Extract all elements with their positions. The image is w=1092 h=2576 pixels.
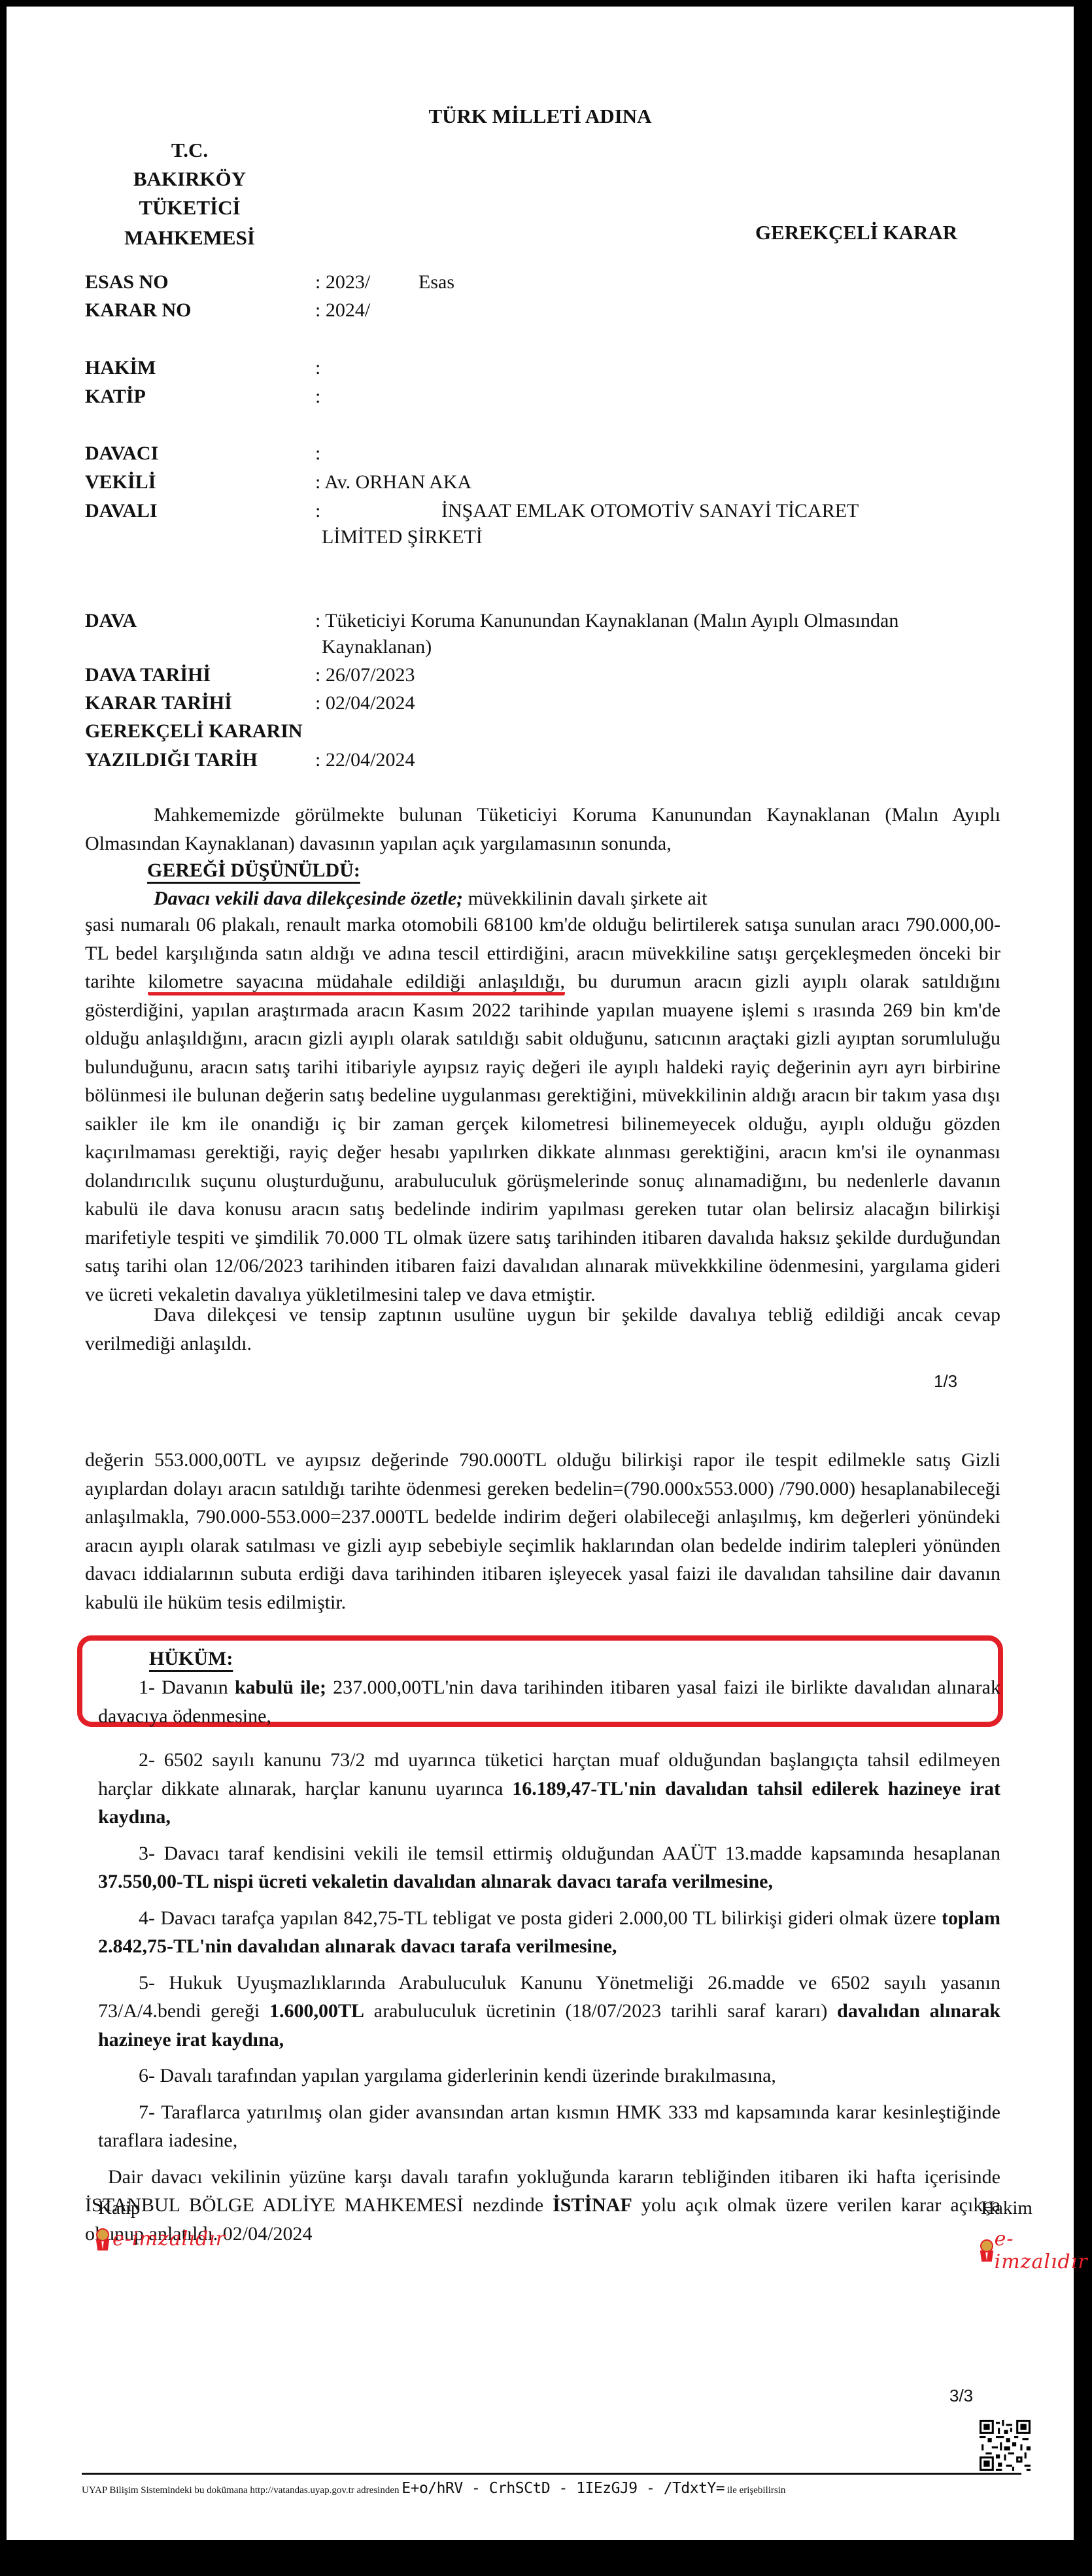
- document-page: TÜRK MİLLETİ ADINA T.C. BAKIRKÖY TÜKETİC…: [7, 7, 1074, 2540]
- footer-verification: UYAP Bilişim Sistemindeki bu dokümana ht…: [82, 2480, 785, 2497]
- esas-no-label: ESAS NO: [85, 269, 169, 295]
- dava-value-line1: : Tüketiciyi Koruma Kanunundan Kaynaklan…: [315, 608, 898, 634]
- verification-code: E+o/hRV - CrhSCtD - 1IEzGJ9 - /TdxtY=: [401, 2480, 725, 2497]
- court-line-tc: T.C.: [72, 135, 307, 165]
- davali-label: DAVALI: [85, 498, 158, 524]
- footer-suffix: ile erişebilirsin: [727, 2485, 786, 2496]
- dava-value-line2: Kaynaklanan): [322, 634, 432, 660]
- award-ribbon-icon: [980, 2239, 992, 2262]
- karar-no-value: : 2024/: [315, 297, 370, 324]
- davaci-label: DAVACI: [85, 441, 158, 467]
- claim-paragraph: şasi numaralı 06 plakalı, renault marka …: [85, 911, 1000, 1309]
- hukum-items: 1- Davanın kabulü ile; 237.000,00TL'nin …: [98, 1673, 1000, 2256]
- award-ribbon-icon: [95, 2228, 110, 2250]
- intro-paragraph: Mahkememizde görülmekte bulunan Tüketici…: [85, 801, 1000, 858]
- hakim-value: :: [315, 355, 320, 381]
- page-number-3: 3/3: [949, 2386, 973, 2406]
- claim-first-line: Davacı vekili dava dilekçesinde özetle; …: [154, 886, 707, 912]
- gerekceli-label-line2: YAZILDIĞI TARİH: [85, 747, 258, 773]
- hakim-esign: e-imzalıdır: [980, 2228, 1090, 2273]
- court-line-name: TÜKETİCİ MAHKEMESİ: [72, 193, 307, 253]
- hakim-signature-label: Hakim: [981, 2198, 1032, 2219]
- dava-tarihi-label: DAVA TARİHİ: [85, 662, 211, 688]
- davali-value: :: [315, 498, 320, 524]
- karar-tarihi-value: : 02/04/2024: [315, 690, 415, 716]
- document-type: GEREKÇELİ KARAR: [755, 221, 957, 244]
- hukum-item-3: 3- Davacı taraf kendisini vekili ile tem…: [98, 1839, 1000, 1896]
- esign-text: e-imzalıdır: [995, 2228, 1090, 2273]
- continuation-paragraph: değerin 553.000,00TL ve ayıpsız değerind…: [85, 1446, 1000, 1616]
- claim-lead: Davacı vekili dava dilekçesinde özetle;: [154, 888, 463, 909]
- katip-esign: e-imzalıdır: [95, 2228, 226, 2250]
- hukum-item-5: 5- Hukuk Uyuşmazlıklarında Arabuluculuk …: [98, 1969, 1000, 2054]
- hakim-label: HAKİM: [85, 355, 156, 381]
- vekili-label: VEKİLİ: [85, 469, 156, 495]
- gerekceli-date-value: : 22/04/2024: [315, 747, 415, 773]
- esas-no-suffix: Esas: [418, 269, 454, 295]
- hukum-item-2: 2- 6502 sayılı kanunu 73/2 md uyarınca t…: [98, 1746, 1000, 1832]
- davali-name-line2: LİMİTED ŞİRKETİ: [322, 524, 483, 550]
- vekili-value: : Av. ORHAN AKA: [315, 469, 471, 495]
- court-line-city: BAKIRKÖY: [72, 164, 307, 194]
- davali-name-line1: İNŞAAT EMLAK OTOMOTİV SANAYİ TİCARET: [441, 498, 859, 524]
- esas-no-value: : 2023/: [315, 269, 370, 295]
- karar-tarihi-label: KARAR TARİHİ: [85, 690, 232, 716]
- hukum-item-7: 7- Taraflarca yatırılmış olan gider avan…: [98, 2098, 1000, 2155]
- hukum-item-1: 1- Davanın kabulü ile; 237.000,00TL'nin …: [98, 1673, 1000, 1730]
- katip-value: :: [315, 384, 320, 410]
- davaci-value: :: [315, 441, 320, 467]
- nation-title: TÜRK MİLLETİ ADINA: [7, 105, 1074, 128]
- katip-signature-label: Katip: [98, 2198, 140, 2219]
- dava-tarihi-value: : 26/07/2023: [315, 662, 415, 688]
- karar-no-label: KARAR NO: [85, 297, 192, 324]
- claim-text-2: bu durumun aracın gizli ayıplı olarak sa…: [85, 971, 1000, 1305]
- geregi-dusunuldu-heading: GEREĞİ DÜŞÜNÜLDÜ:: [147, 860, 360, 881]
- footer-prefix: UYAP Bilişim Sistemindeki bu dokümana ht…: [82, 2485, 400, 2496]
- claim-first-line-rest: müvekkilinin davalı şirkete ait: [463, 888, 707, 909]
- hukum-item-4: 4- Davacı tarafça yapılan 842,75-TL tebl…: [98, 1904, 1000, 1961]
- service-paragraph: Dava dilekçesi ve tensip zaptının usulün…: [85, 1301, 1000, 1358]
- katip-label: KATİP: [85, 384, 146, 410]
- esign-text: e-imzalıdır: [112, 2228, 226, 2250]
- gerekceli-label-line1: GEREKÇELİ KARARIN: [85, 718, 303, 744]
- hukum-heading: HÜKÜM:: [149, 1648, 233, 1669]
- footer-divider: [82, 2473, 1021, 2475]
- dava-label: DAVA: [85, 608, 137, 634]
- red-underline-annotation: kilometre sayacına müdahale edildiği anl…: [148, 971, 565, 995]
- qr-code-icon: [980, 2420, 1031, 2471]
- hukum-item-6: 6- Davalı tarafından yapılan yargılama g…: [98, 2062, 1000, 2090]
- page-number-1: 1/3: [934, 1371, 957, 1392]
